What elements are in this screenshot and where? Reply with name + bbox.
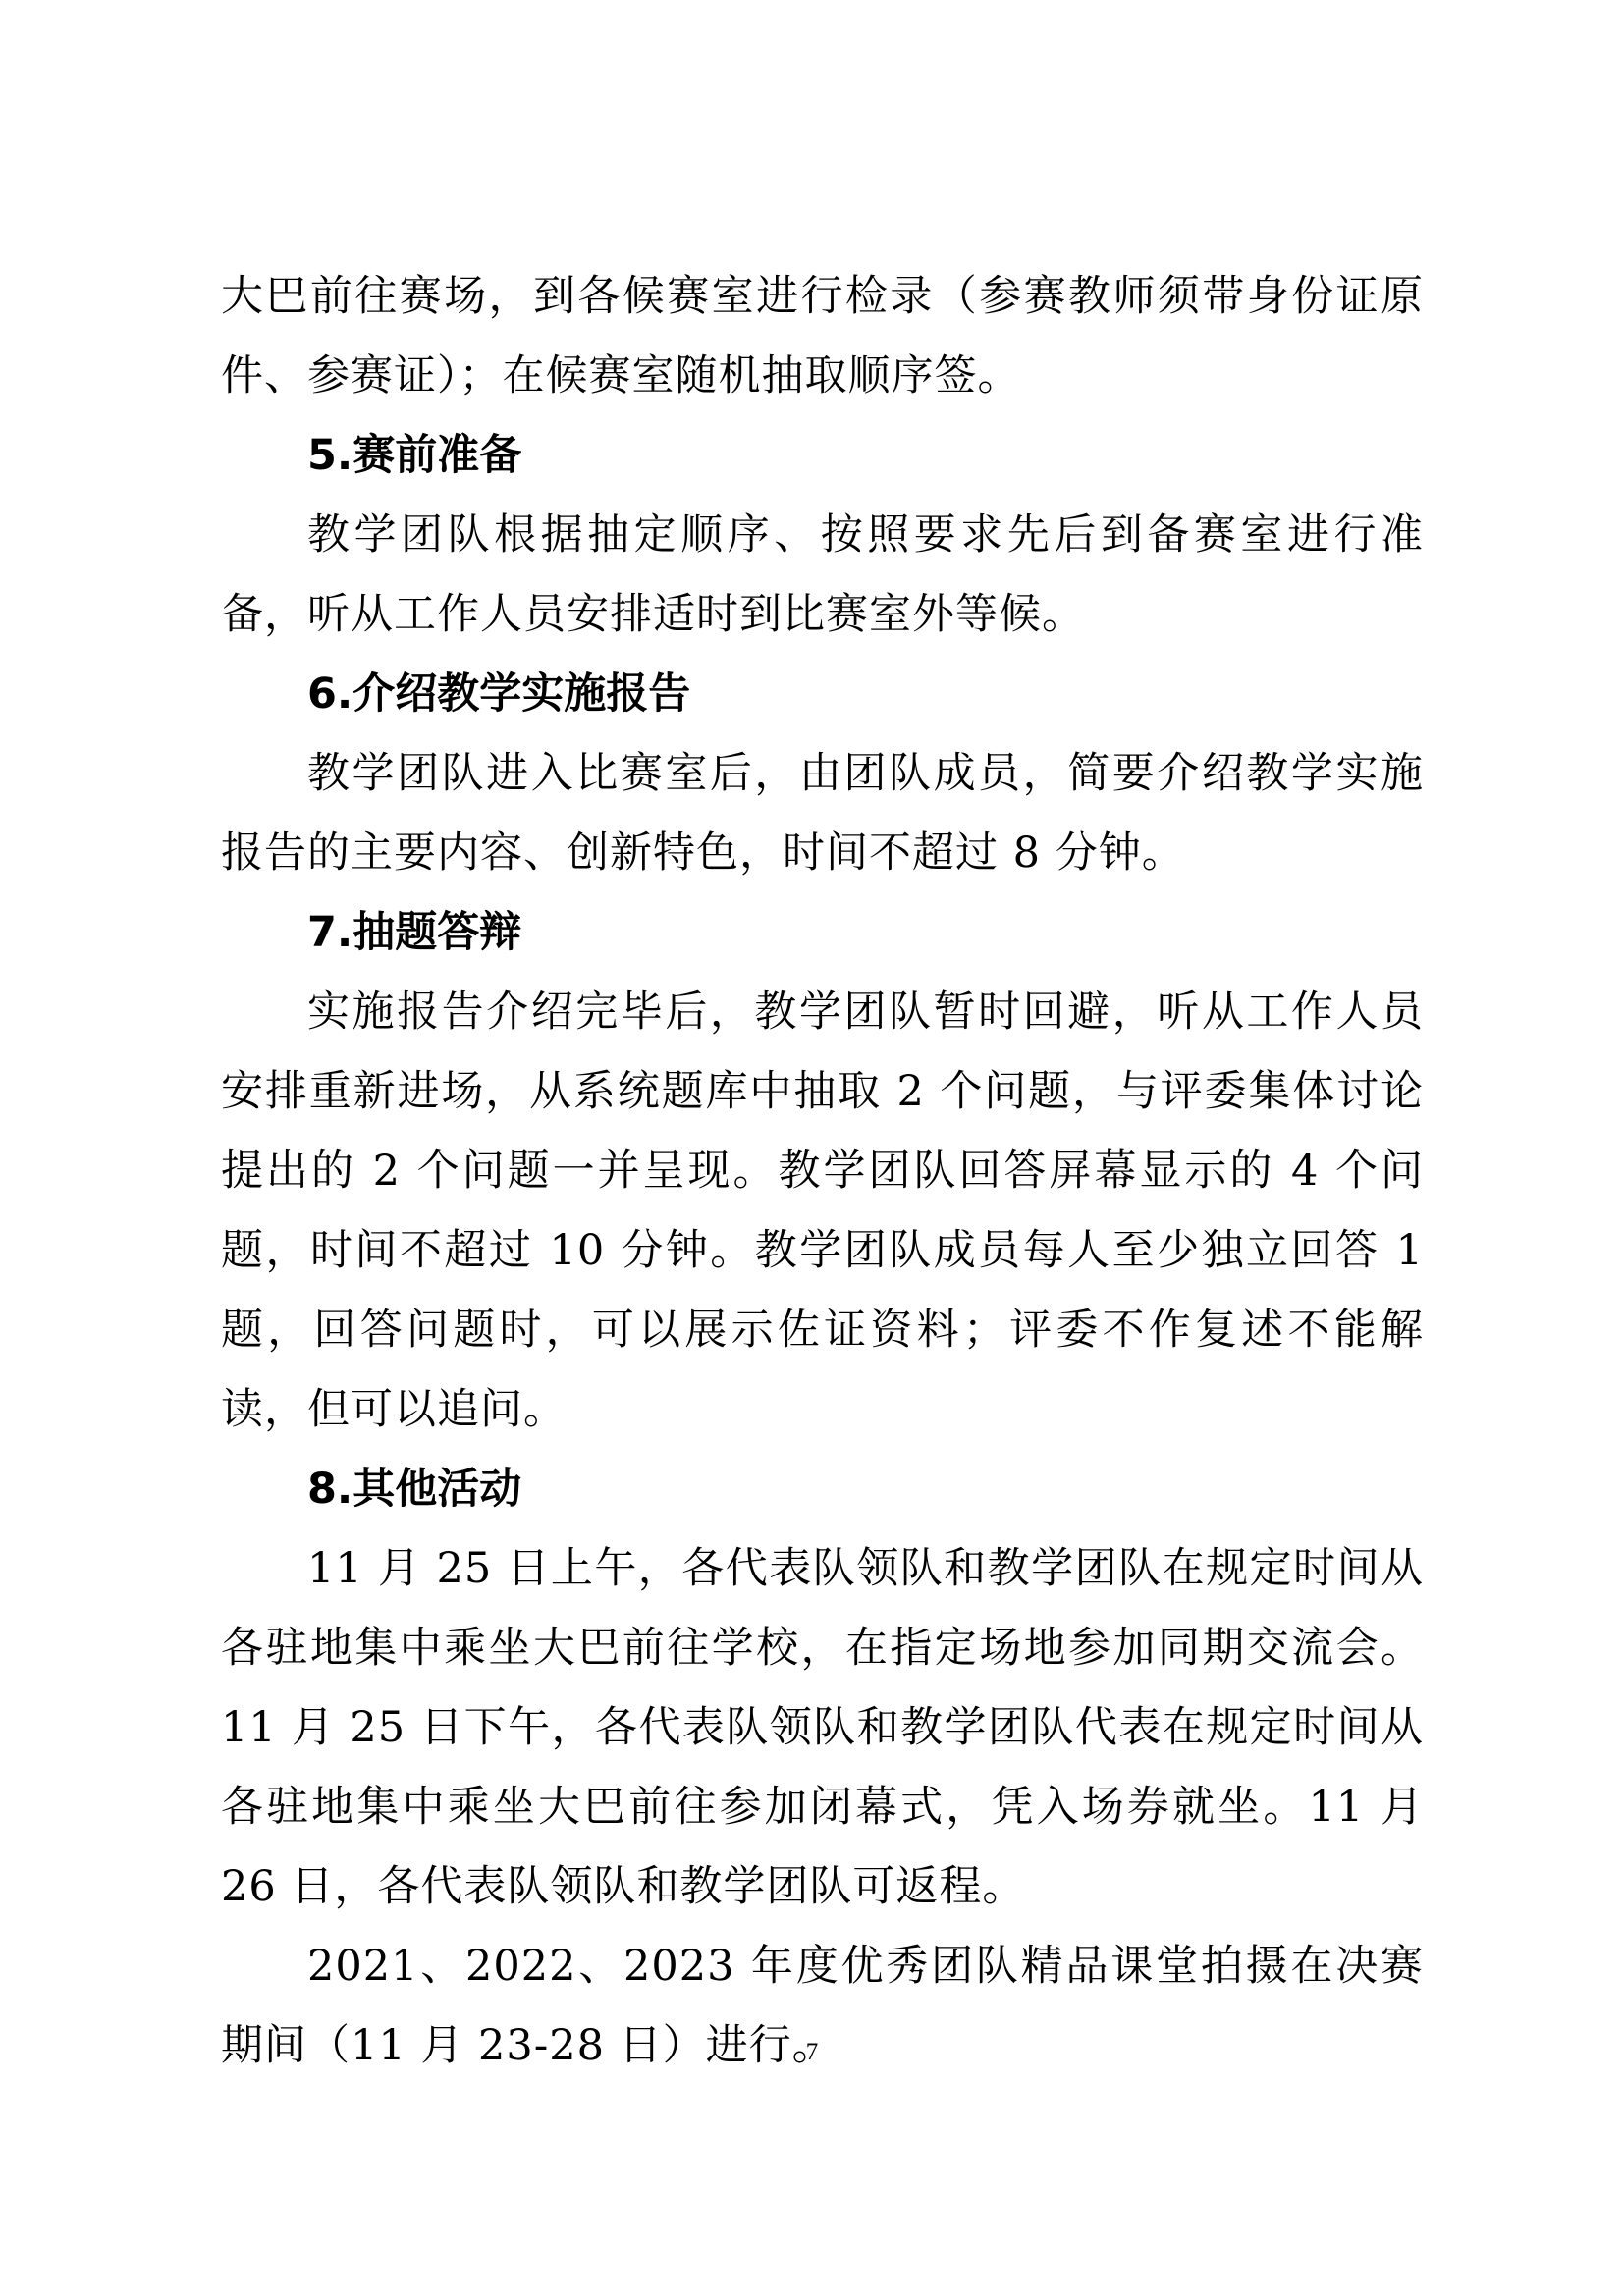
paragraph-registration-continued: 大巴前往赛场，到各候赛室进行检录（参赛教师须带身份证原件、参赛证）；在候赛室随机… [221, 257, 1424, 416]
heading-other-activities: 8.其他活动 [221, 1450, 1424, 1529]
paragraph-report-introduction: 教学团队进入比赛室后，由团队成员，简要介绍教学实施报告的主要内容、创新特色，时间… [221, 734, 1424, 893]
page-number: 7 [0, 2038, 1624, 2067]
heading-teaching-report-introduction: 6.介绍教学实施报告 [221, 655, 1424, 734]
document-page: 大巴前往赛场，到各候赛室进行检录（参赛教师须带身份证原件、参赛证）；在候赛室随机… [221, 257, 1424, 2086]
paragraph-preparation: 教学团队根据抽定顺序、按照要求先后到备赛室进行准备，听从工作人员安排适时到比赛室… [221, 496, 1424, 655]
paragraph-other-activities: 11 月 25 日上午，各代表队领队和教学团队在规定时间从各驻地集中乘坐大巴前往… [221, 1529, 1424, 1927]
heading-question-defense: 7.抽题答辩 [221, 893, 1424, 973]
paragraph-question-defense: 实施报告介绍完毕后，教学团队暂时回避，听从工作人员安排重新进场，从系统题库中抽取… [221, 973, 1424, 1450]
heading-pre-competition-preparation: 5.赛前准备 [221, 416, 1424, 496]
